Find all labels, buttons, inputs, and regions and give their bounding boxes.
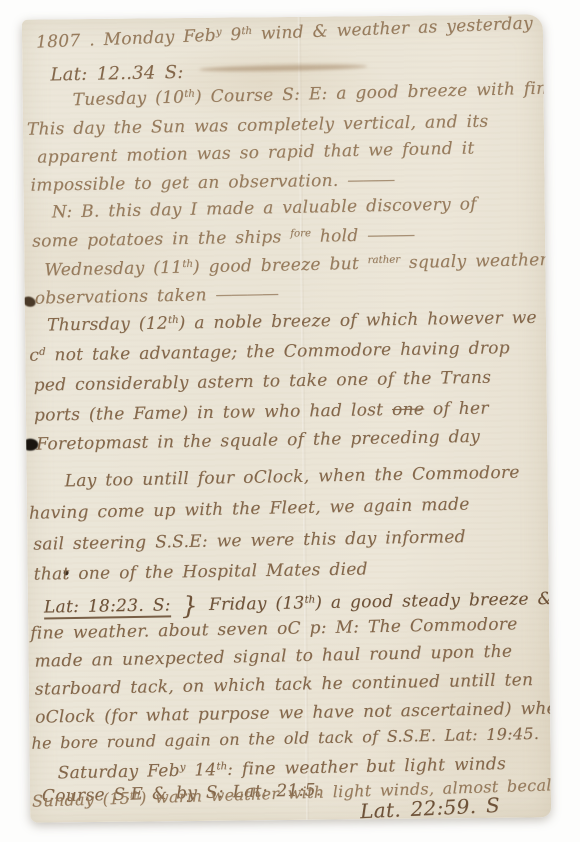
manuscript-line: cd not take advantage; the Commodore hav… bbox=[29, 337, 510, 367]
text-segment: Lat: 12..34 S: bbox=[50, 62, 184, 86]
manuscript-line: impossible to get an observation. ——— bbox=[30, 169, 394, 197]
text-segment: Sunday (15 bbox=[32, 789, 131, 811]
text-segment: This day the Sun was completely vertical… bbox=[27, 112, 489, 140]
text-segment: Wednesday (11 bbox=[44, 258, 182, 281]
superscript-insert: th bbox=[184, 89, 195, 100]
text-segment: that one of the Hospital Mates died bbox=[33, 559, 367, 584]
flourish-dash: ———— bbox=[215, 284, 277, 305]
manuscript-line: oClock (for what purpose we have not asc… bbox=[35, 697, 551, 728]
manuscript-line: observations taken ———— bbox=[35, 283, 278, 310]
text-segment: N: B. this day I made a valuable discove… bbox=[52, 194, 477, 222]
superscript-insert: th bbox=[130, 790, 140, 801]
manuscript-line: sail steering S.S.E: we were this day in… bbox=[33, 526, 466, 556]
text-segment: Saturday Feb bbox=[57, 761, 180, 784]
manuscript-line: N: B. this day I made a valuable discove… bbox=[52, 193, 477, 223]
underlined-text: Lat: 18:23. S: bbox=[44, 596, 171, 620]
text-segment: apparent motion was so rapid that we fou… bbox=[37, 138, 475, 167]
brace-mark: } bbox=[170, 591, 209, 621]
manuscript-line: he bore round again on the old tack of S… bbox=[31, 724, 539, 755]
manuscript-line: ports (the Fame) in tow who had lost one… bbox=[34, 398, 489, 427]
text-segment: : fine weather but light winds bbox=[227, 754, 506, 780]
manuscript-line: Wednesday (11th) good breeze but rather … bbox=[44, 248, 551, 281]
text-segment: oClock (for what purpose we have not asc… bbox=[35, 698, 551, 727]
manuscript-line: 1807 . Monday Feby 9th wind & weather as… bbox=[36, 14, 534, 53]
text-segment: not take advantage; the Commodore having… bbox=[46, 338, 511, 365]
superscript-insert: th bbox=[168, 315, 179, 326]
text-segment: 14 bbox=[185, 760, 216, 781]
text-segment: observations taken bbox=[35, 285, 216, 308]
manuscript-line: starboard tack, on which tack he continu… bbox=[35, 669, 534, 701]
manuscript-line: Lay too untill four oClock, when the Com… bbox=[64, 462, 519, 493]
scan-background: 1807 . Monday Feby 9th wind & weather as… bbox=[0, 0, 580, 842]
text-segment: having come up with the Fleet, we again … bbox=[29, 494, 470, 523]
text-segment: impossible to get an observation. bbox=[30, 171, 347, 196]
text-segment: sail steering S.S.E: we were this day in… bbox=[33, 527, 466, 555]
text-segment: Thursday (12 bbox=[47, 314, 168, 336]
superscript-insert: rather bbox=[367, 254, 400, 266]
text-segment: 1807 . Monday Feb bbox=[36, 26, 217, 53]
text-segment: 9 bbox=[221, 25, 242, 46]
text-segment: hold bbox=[311, 226, 367, 247]
text-segment: ) good breeze but bbox=[193, 254, 368, 278]
manuscript-line: that one of the Hospital Mates died bbox=[33, 558, 368, 585]
text-segment: starboard tack, on which tack he continu… bbox=[35, 670, 534, 700]
text-segment: some potatoes in the ships bbox=[32, 227, 290, 252]
flourish-dash: ——— bbox=[347, 170, 394, 191]
ink-smudge bbox=[200, 63, 368, 72]
text-segment: made an unexpected signal to haul round … bbox=[34, 642, 512, 672]
text-segment: ) a good steady breeze & bbox=[315, 589, 551, 613]
superscript-insert: th bbox=[182, 259, 193, 270]
text-segment: c bbox=[29, 346, 39, 366]
text-segment: wind & weather as yesterday bbox=[252, 14, 534, 44]
manuscript-line: Foretopmast in the squale of the precedi… bbox=[36, 426, 480, 456]
text-segment: squaly weather; no bbox=[400, 249, 551, 273]
superscript-insert: th bbox=[241, 26, 252, 37]
manuscript-line: Lat. 22:59. S bbox=[360, 792, 501, 823]
text-segment: Tuesday (10 bbox=[72, 87, 184, 110]
struck-word: one bbox=[392, 400, 424, 421]
text-segment: Friday (13 bbox=[209, 593, 305, 615]
manuscript-line: This day the Sun was completely vertical… bbox=[27, 111, 489, 141]
text-segment: ) a noble breeze of which however we bbox=[178, 308, 537, 334]
manuscript-page: 1807 . Monday Feby 9th wind & weather as… bbox=[22, 14, 551, 822]
text-segment: Lat. 22:59. S bbox=[360, 793, 501, 823]
manuscript-line: having come up with the Fleet, we again … bbox=[29, 493, 470, 524]
superscript-insert: th bbox=[304, 595, 315, 606]
manuscript-line: ped considerably astern to take one of t… bbox=[33, 367, 491, 397]
flourish-dash: ——— bbox=[367, 225, 414, 246]
manuscript-line: some potatoes in the ships fore hold ——— bbox=[32, 224, 414, 253]
manuscript-line: Thursday (12th) a noble breeze of which … bbox=[47, 307, 537, 337]
manuscript-lines: 1807 . Monday Feby 9th wind & weather as… bbox=[22, 14, 543, 19]
manuscript-line: made an unexpected signal to haul round … bbox=[34, 641, 512, 673]
superscript-insert: fore bbox=[290, 228, 311, 239]
text-segment: ports (the Fame) in tow who had lost bbox=[34, 400, 392, 426]
text-segment: Foretopmast in the squale of the precedi… bbox=[36, 427, 480, 455]
text-segment: ped considerably astern to take one of t… bbox=[33, 368, 491, 396]
text-segment: he bore round again on the old tack of S… bbox=[31, 724, 539, 753]
text-segment: of her bbox=[424, 399, 489, 420]
text-segment: Lay too untill four oClock, when the Com… bbox=[64, 463, 519, 492]
manuscript-line: apparent motion was so rapid that we fou… bbox=[37, 137, 475, 168]
